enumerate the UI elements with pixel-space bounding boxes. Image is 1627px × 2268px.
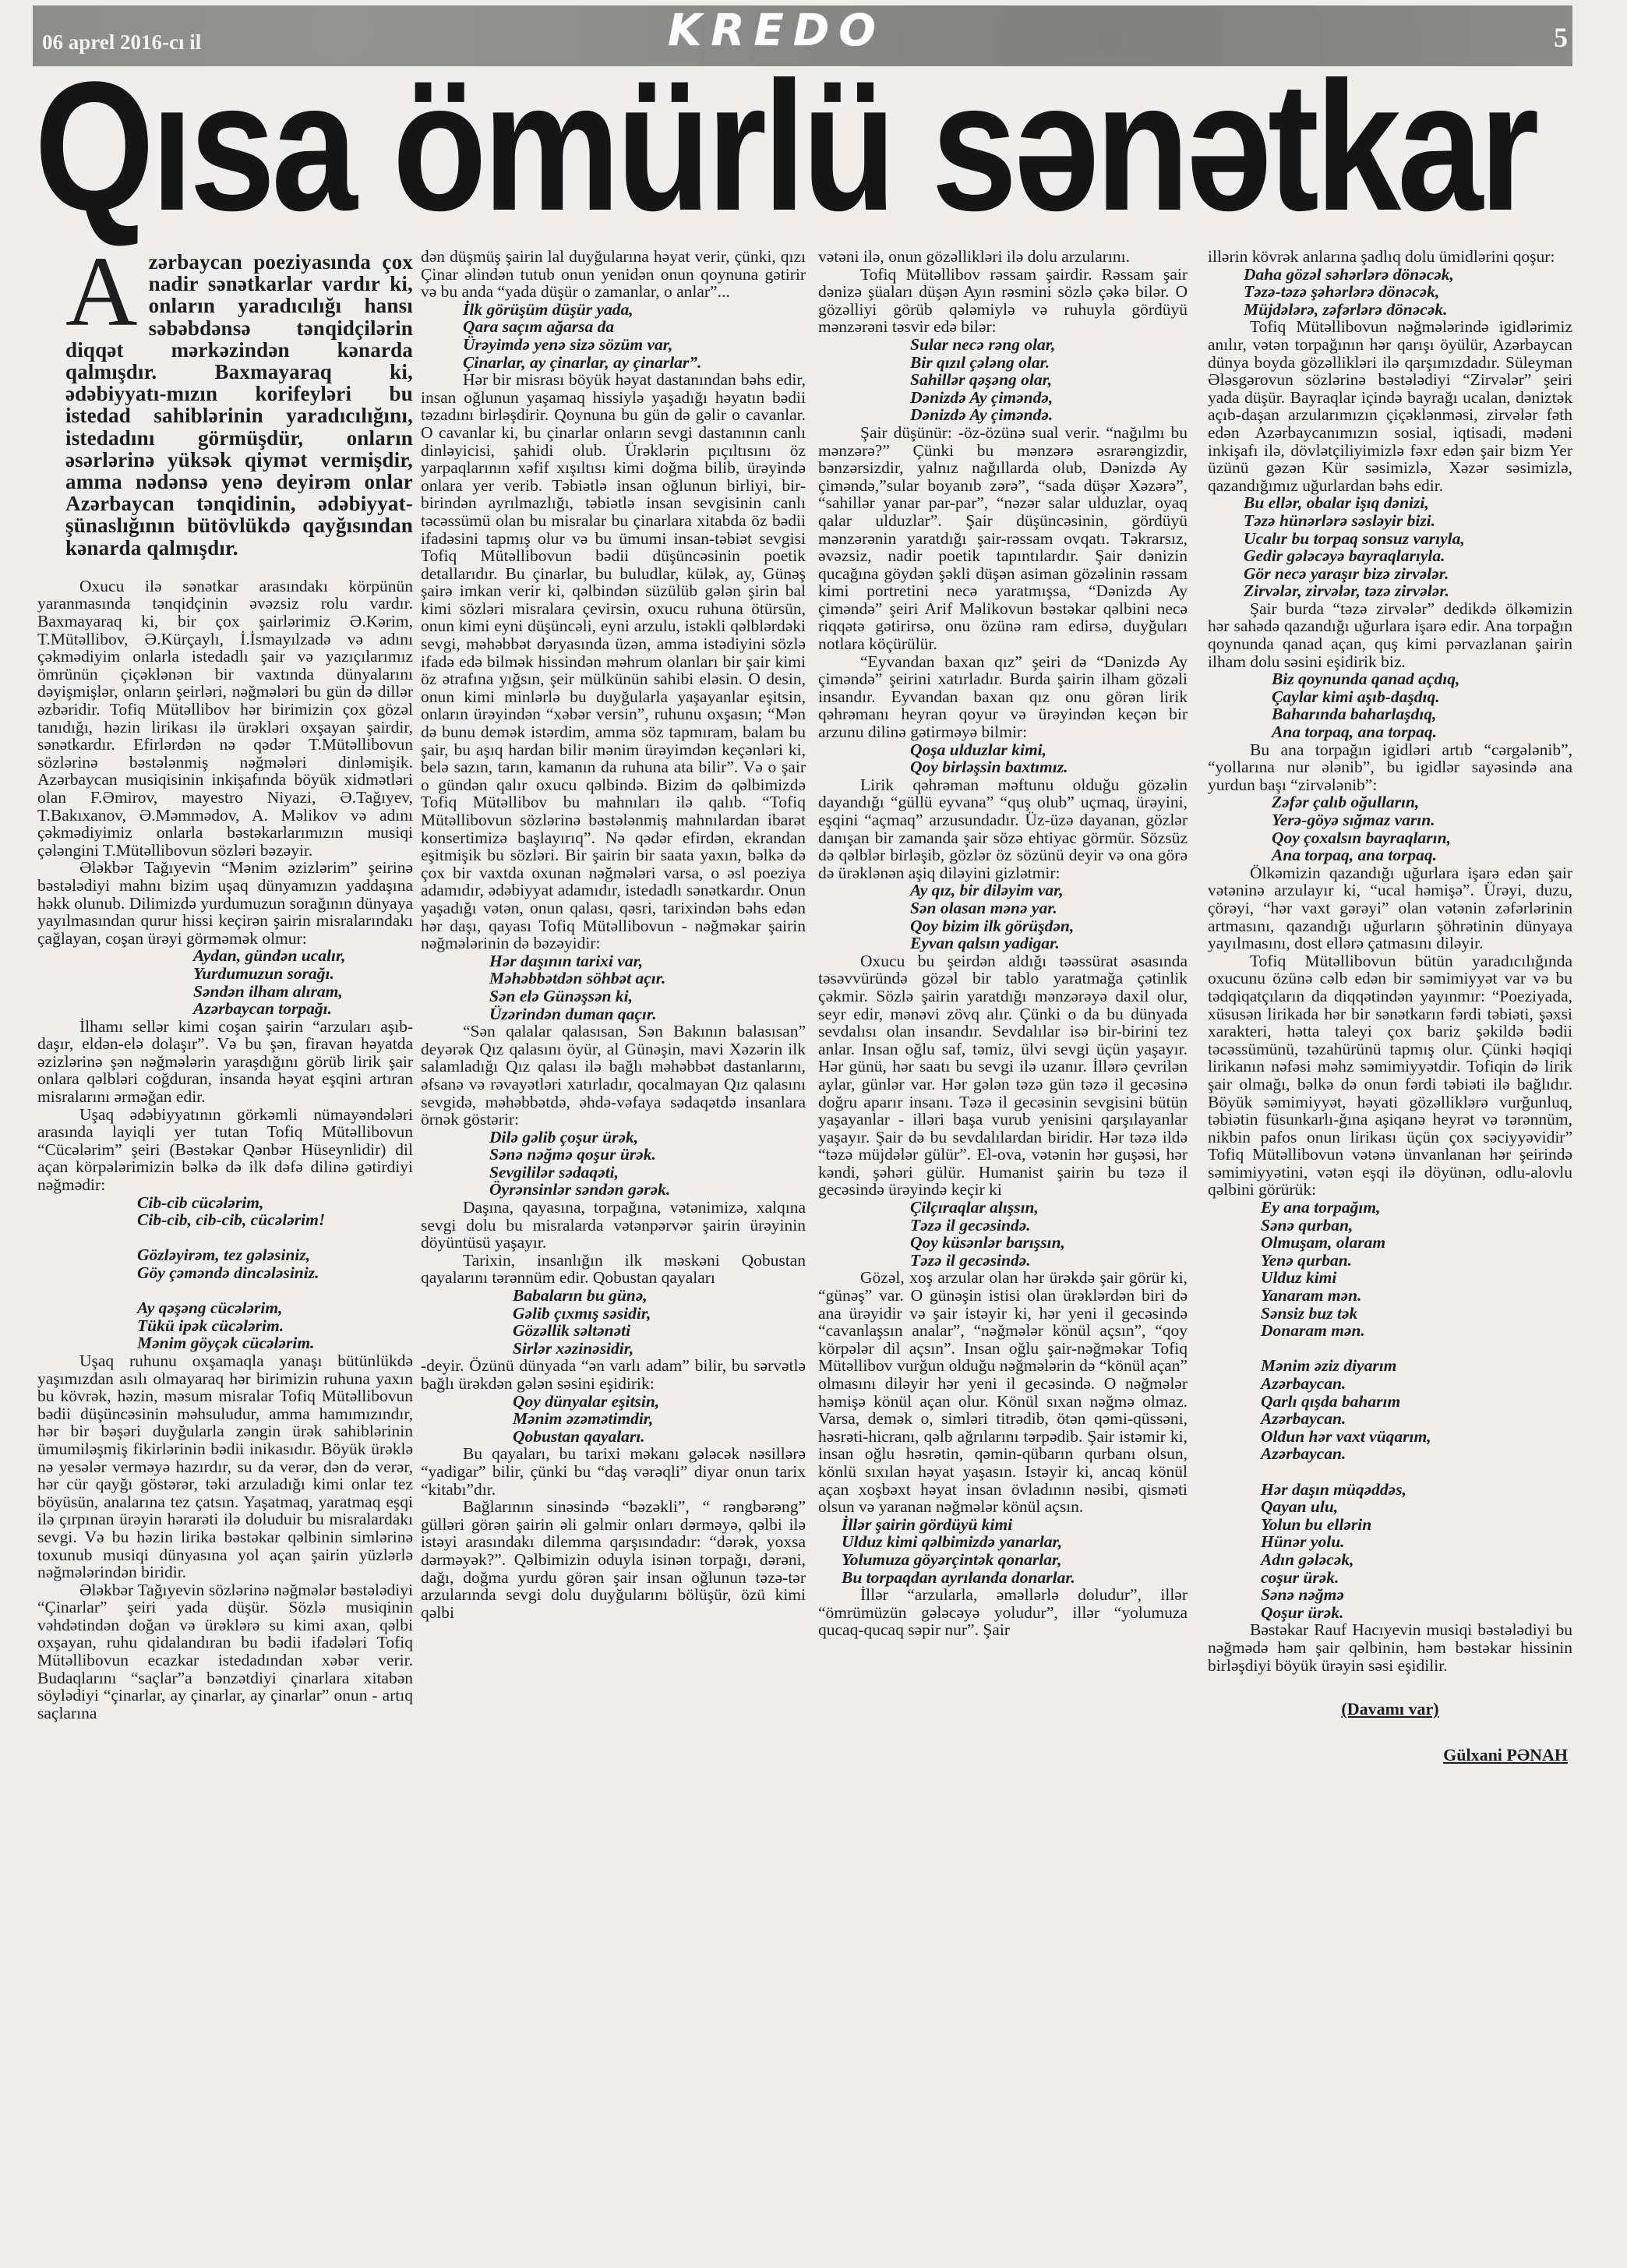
poem-line: Dilə gəlib çoşur ürək, [489, 1129, 806, 1146]
poem-line: Sirlər xəzinəsidir, [513, 1340, 806, 1358]
poem-line: Cib-cib, cib-cib, cücələrim! [137, 1211, 413, 1229]
poem-line: Ay qəşəng cücələrim, [137, 1299, 413, 1317]
poem-line: Qoy birləşsin baxtımız. [910, 758, 1188, 776]
continued-notice: (Davamı var) [1208, 1701, 1572, 1719]
poem-line: Dənizdə Ay çiməndə. [910, 406, 1188, 424]
poem-line: Gedir gələcəyə bayraqlarıyla. [1244, 547, 1572, 565]
paragraph: İllər “arzularla, əməllərlə doludur”, il… [818, 1586, 1188, 1639]
poem-excerpt: Qoy dünyalar eşitsin, Mənim əzəmətimdir,… [421, 1393, 806, 1446]
poem-line: Qara saçım ağarsa da [463, 318, 806, 336]
paragraph: Ölkəmizin qazandığı uğurlara işarə edən … [1208, 864, 1572, 952]
paragraph: Şair düşünür: -öz-özünə sual verir. “nağ… [818, 424, 1188, 653]
poem-excerpt: Cib-cib cücələrim, Cib-cib, cib-cib, cüc… [37, 1194, 413, 1352]
author-byline: Gülxani PƏNAH [1208, 1747, 1572, 1765]
poem-line: Tükü ipək cücələrim. [137, 1317, 413, 1335]
poem-excerpt: İlk görüşüm düşür yada, Qara saçım ağars… [421, 301, 806, 371]
poem-line: Sənə qurban, [1261, 1217, 1572, 1235]
article-column-4: illərin kövrək anlarına şadlıq dolu ümid… [1208, 248, 1572, 1764]
paragraph: Tofiq Mütəllibovun nəğmələrində igidləri… [1208, 318, 1572, 494]
paragraph: Bağlarının sinəsində “bəzəkli”, “ rəngbə… [421, 1498, 806, 1621]
poem-excerpt: Zəfər çalıb oğulların, Yerə-göyə sığmaz … [1208, 793, 1572, 864]
poem-line: Aydan, gündən ucalır, [193, 947, 413, 965]
poem-excerpt: Bu ellər, obalar işıq dənizi, Təzə hünər… [1208, 494, 1572, 600]
poem-line: Baharında baharlaşdıq, [1272, 705, 1572, 723]
stanza-gap [137, 1282, 413, 1300]
paragraph: dən düşmüş şairin lal duyğularına həyat … [421, 248, 806, 301]
paragraph: Ələkbər Tağıyevin “Mənim əzizlərim” şeir… [37, 859, 413, 947]
poem-line: Daha gözəl səhərlərə dönəcək, [1244, 266, 1572, 284]
poem-excerpt: Ay qız, bir diləyim var, Sən olasan mənə… [818, 881, 1188, 952]
poem-excerpt: Babaların bu günə, Gəlib çıxmış səsidir,… [421, 1287, 806, 1357]
poem-line: Azərbaycan. [1261, 1375, 1572, 1393]
poem-line: Yerə-göyə sığmaz varın. [1272, 811, 1572, 829]
poem-line: Gör necə yaraşır bizə zirvələr. [1244, 565, 1572, 583]
poem-line: Çaylar kimi aşıb-daşdıq. [1272, 688, 1572, 706]
paragraph: Lirik qəhrəman məftunu olduğu gözəlin da… [818, 776, 1188, 882]
paragraph: “Eyvandan baxan qız” şeiri də “Dənizdə A… [818, 653, 1188, 741]
poem-line: Biz qoynunda qanad açdıq, [1272, 670, 1572, 688]
poem-line: Ulduz kimi qəlbimizdə yanarlar, [842, 1533, 1188, 1551]
page-number: 5 [1554, 21, 1568, 54]
poem-line: Sənə nəğmə [1261, 1586, 1572, 1604]
poem-line: Azərbaycan. [1261, 1410, 1572, 1428]
poem-line: Olmuşam, olaram [1261, 1234, 1572, 1252]
article-column-2: dən düşmüş şairin lal duyğularına həyat … [421, 248, 806, 1621]
poem-line: Babaların bu günə, [513, 1287, 806, 1305]
paragraph: Oxucu ilə sənətkar arasındakı körpünün y… [37, 578, 413, 860]
poem-line: Ucalır bu torpaq sonsuz varıyla, [1244, 530, 1572, 548]
poem-line: Öyrənsinlər səndən gərək. [489, 1181, 806, 1199]
paragraph: -deyir. Özünü dünyada “ən varlı adam” bi… [421, 1357, 806, 1392]
poem-line: Çinarlar, ay çinarlar, ay çinarlar”. [463, 354, 806, 372]
poem-line: Gözləyirəm, tez gələsiniz, [137, 1246, 413, 1264]
paragraph: illərin kövrək anlarına şadlıq dolu ümid… [1208, 248, 1572, 266]
paragraph: Bəstəkar Rauf Hacıyevin musiqi bəstələdi… [1208, 1621, 1572, 1674]
paragraph: Uşaq ruhunu oxşamaqla yanaşı bütünlükdə … [37, 1352, 413, 1581]
poem-line: Donaram mən. [1261, 1322, 1572, 1340]
poem-excerpt: Çilçıraqlar alışsın, Təzə il gecəsində. … [818, 1199, 1188, 1269]
poem-line: İllər şairin gördüyü kimi [842, 1516, 1188, 1534]
poem-line: Sular necə rəng olar, [910, 336, 1188, 354]
poem-line: Qarlı qışda baharım [1261, 1393, 1572, 1411]
poem-line: Təzə il gecəsində. [910, 1217, 1188, 1235]
poem-line: Yolumuza göyərçintək qonarlar, [842, 1551, 1188, 1569]
paragraph: Bu qayaları, bu tarixi məkanı gələcək nə… [421, 1445, 806, 1498]
poem-line: Sevgililər sədaqəti, [489, 1164, 806, 1182]
paragraph: Oxucu bu şeirdən aldığı təəssürat əsasın… [818, 952, 1188, 1199]
article-column-1: Azərbaycan poeziyasında çox nadir sənətk… [37, 234, 413, 1722]
poem-line: Cib-cib cücələrim, [137, 1194, 413, 1212]
poem-line: Eyvan qalsın yadigar. [910, 934, 1188, 952]
poem-line: Bir qızıl çələng olar. [910, 354, 1188, 372]
poem-line: Azərbaycan torpağı. [193, 1000, 413, 1018]
paragraph: Ələkbər Tağıyevin sözlərinə nəğmələr bəs… [37, 1581, 413, 1722]
stanza-gap [1261, 1340, 1572, 1358]
paragraph: Tofiq Mütəllibov rəssam şairdir. Rəssam … [818, 266, 1188, 336]
poem-line: Ey ana torpağım, [1261, 1199, 1572, 1217]
poem-line: Səndən ilham alıram, [193, 983, 413, 1001]
paragraph: Tofiq Mütəllibovun bütün yaradıcılığında… [1208, 952, 1572, 1199]
poem-excerpt: Dilə gəlib çoşur ürək, Sənə nəğmə qoşur … [421, 1129, 806, 1199]
poem-line: Qoy bizim ilk görüşdən, [910, 917, 1188, 935]
poem-line: Bu torpaqdan ayrılanda donarlar. [842, 1569, 1188, 1587]
poem-line: Bu ellər, obalar işıq dənizi, [1244, 494, 1572, 512]
poem-line: Yolun bu ellərin [1261, 1516, 1572, 1534]
paragraph: Şair burda “təzə zirvələr” dedikdə ölkəm… [1208, 600, 1572, 670]
poem-line: Gəlib çıxmış səsidir, [513, 1305, 806, 1323]
poem-line: Ürəyimdə yenə sizə sözüm var, [463, 336, 806, 354]
poem-line: Adın gələcək, [1261, 1551, 1572, 1569]
poem-line: Sən olasan mənə yar. [910, 899, 1188, 917]
poem-excerpt: Daha gözəl səhərlərə dönəcək, Təzə-təzə … [1208, 266, 1572, 319]
paragraph: İlhamı sellər kimi coşan şairin “arzular… [37, 1018, 413, 1106]
poem-line: Dənizdə Ay çiməndə, [910, 389, 1188, 407]
drop-cap: A [65, 253, 138, 327]
poem-excerpt: Sular necə rəng olar, Bir qızıl çələng o… [818, 336, 1188, 424]
poem-line: Göy çəməndə dincələsiniz. [137, 1264, 413, 1282]
poem-line: Qoy çoxalsın bayraqların, [1272, 829, 1572, 847]
poem-line: Qoşur ürək. [1261, 1604, 1572, 1622]
poem-line: Təzə-təzə şəhərlərə dönəcək, [1244, 283, 1572, 301]
article-headline: Qısa ömürlü sənətkar [34, 69, 1324, 224]
poem-line: Ulduz kimi [1261, 1269, 1572, 1287]
poem-line: coşur ürək. [1261, 1569, 1572, 1587]
paragraph: “Sən qalalar qalasısan, Sən Bakının bala… [421, 1023, 806, 1129]
poem-excerpt: Aydan, gündən ucalır, Yurdumuzun sorağı.… [37, 947, 413, 1017]
poem-line: Məhəbbətdən söhbət açır. [489, 970, 806, 987]
paragraph: Bu ana torpağın igidləri artıb “cərgələn… [1208, 741, 1572, 794]
paragraph: Gözəl, xoş arzular olan hər ürəkdə şair … [818, 1269, 1188, 1515]
poem-line: Oldun hər vaxt vüqarım, [1261, 1428, 1572, 1446]
paragraph: vətəni ilə, onun gözəllikləri ilə dolu a… [818, 248, 1188, 266]
poem-line: Təzə hünərlərə səsləyir bizi. [1244, 512, 1572, 530]
poem-line: Mənim əziz diyarım [1261, 1357, 1572, 1375]
stanza-gap [1261, 1463, 1572, 1481]
article-lead: Azərbaycan poeziyasında çox nadir sənətk… [65, 251, 413, 559]
poem-line: Yenə qurban. [1261, 1252, 1572, 1270]
poem-excerpt: Ey ana torpağım, Sənə qurban, Olmuşam, o… [1208, 1199, 1572, 1621]
poem-line: Hər daşının tarixi var, [489, 952, 806, 970]
poem-line: Üzərindən duman qaçır. [489, 1005, 806, 1023]
article-column-3: vətəni ilə, onun gözəllikləri ilə dolu a… [818, 248, 1188, 1639]
poem-line: Qoy dünyalar eşitsin, [513, 1393, 806, 1411]
poem-line: Ay qız, bir diləyim var, [910, 881, 1188, 899]
poem-line: Təzə il gecəsində. [910, 1252, 1188, 1270]
paragraph: Tarixin, insanlığın ilk məskəni Qobustan… [421, 1252, 806, 1287]
poem-excerpt: Biz qoynunda qanad açdıq, Çaylar kimi aş… [1208, 670, 1572, 740]
poem-line: Ana torpaq, ana torpaq. [1272, 723, 1572, 741]
poem-line: Gözəllik səltənəti [513, 1322, 806, 1340]
paragraph: Uşaq ədəbiyyatının görkəmli nümayəndələr… [37, 1106, 413, 1194]
poem-excerpt: İllər şairin gördüyü kimi Ulduz kimi qəl… [818, 1516, 1188, 1586]
poem-line: Zəfər çalıb oğulların, [1272, 793, 1572, 811]
poem-line: Hünər yolu. [1261, 1533, 1572, 1551]
poem-line: Qobustan qayaları. [513, 1428, 806, 1446]
poem-line: Mənim əzəmətimdir, [513, 1410, 806, 1428]
poem-excerpt: Qoşa ulduzlar kimi, Qoy birləşsin baxtım… [818, 741, 1188, 776]
stanza-gap [137, 1229, 413, 1247]
poem-line: Müjdələrə, zəfərlərə dönəcək. [1244, 301, 1572, 319]
poem-line: Hər daşın müqəddəs, [1261, 1481, 1572, 1499]
poem-line: Sahillər qəşəng olar, [910, 371, 1188, 389]
poem-line: Sənsiz buz tək [1261, 1305, 1572, 1323]
poem-line: Çilçıraqlar alışsın, [910, 1199, 1188, 1217]
poem-line: Yurdumuzun sorağı. [193, 965, 413, 983]
poem-line: Sən elə Günəşsən ki, [489, 987, 806, 1005]
poem-line: Qoy küsənlər barışsın, [910, 1234, 1188, 1252]
poem-line: Sənə nəğmə qoşur ürək. [489, 1146, 806, 1164]
paragraph: Hər bir misrası böyük həyat dastanından … [421, 371, 806, 952]
poem-line: Qoşa ulduzlar kimi, [910, 741, 1188, 759]
poem-line: Zirvələr, zirvələr, təzə zirvələr. [1244, 582, 1572, 600]
poem-excerpt: Hər daşının tarixi var, Məhəbbətdən söhb… [421, 952, 806, 1023]
poem-line: Azərbaycan. [1261, 1445, 1572, 1463]
paragraph: Daşına, qayasına, torpağına, vətənimizə,… [421, 1199, 806, 1252]
poem-line: İlk görüşüm düşür yada, [463, 301, 806, 319]
poem-line: Qayan ulu, [1261, 1498, 1572, 1516]
poem-line: Ana torpaq, ana torpaq. [1272, 846, 1572, 864]
poem-line: Mənim göyçək cücələrim. [137, 1334, 413, 1352]
poem-line: Yanaram mən. [1261, 1287, 1572, 1305]
